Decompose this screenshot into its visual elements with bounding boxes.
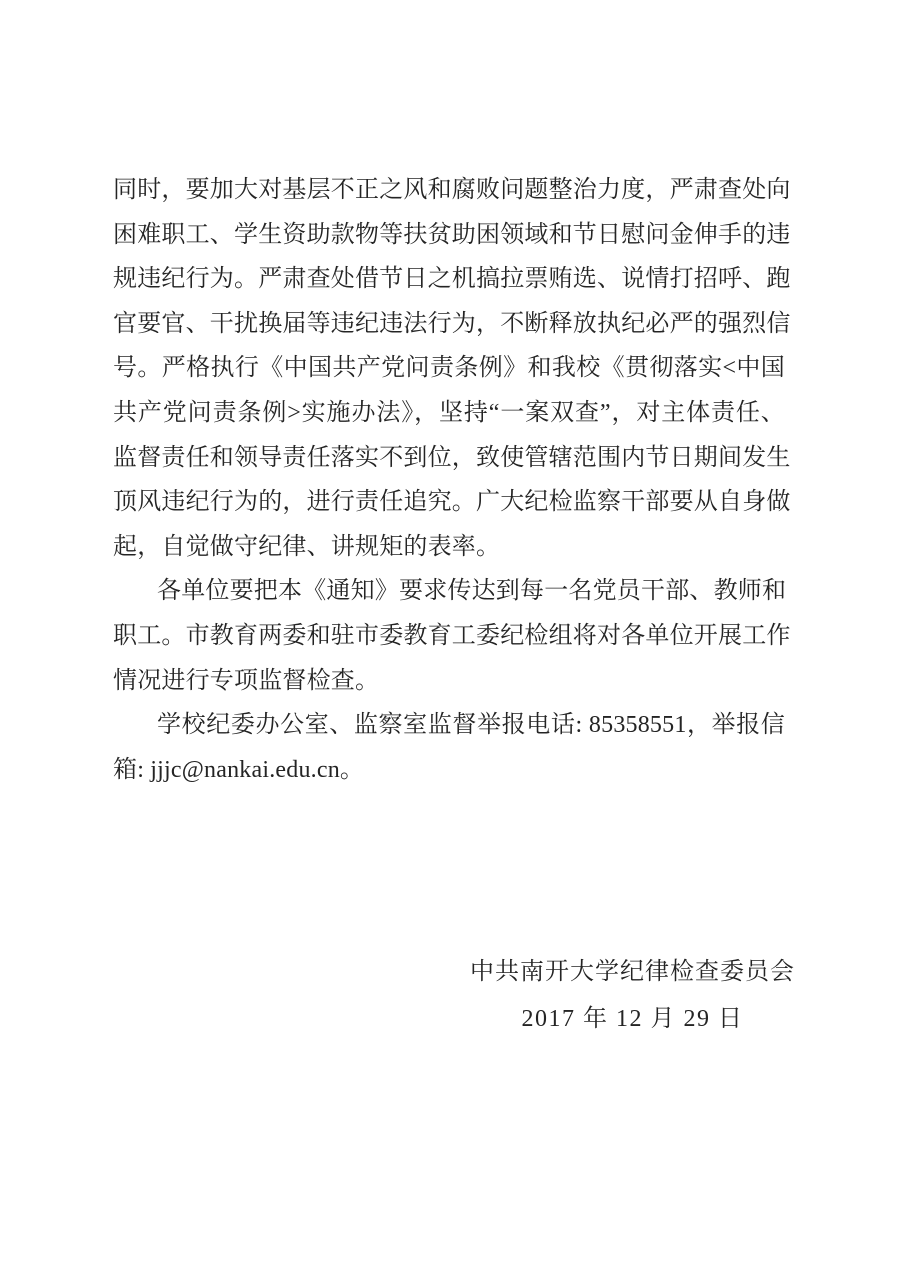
paragraph-line: 情况进行专项监督检查。 <box>113 659 785 704</box>
signature-block: 中共南开大学纪律检查委员会 2017 年 12 月 29 日 <box>470 956 795 1035</box>
paragraph-line: 同时，要加大对基层不正之风和腐败问题整治力度，严肃查处向 <box>113 168 785 213</box>
paragraph-line: 困难职工、学生资助款物等扶贫助困领域和节日慰问金伸手的违 <box>113 213 785 258</box>
paragraph-line: 共产党问责条例>实施办法》，坚持“一案双查”，对主体责任、 <box>113 391 785 436</box>
contact-email-line: 箱: jjjc@nankai.edu.cn。 <box>113 748 785 793</box>
paragraph-line: 职工。市教育两委和驻市委教育工委纪检组将对各单位开展工作 <box>113 614 785 659</box>
contact-phone-line: 学校纪委办公室、监察室监督举报电话: 85358551，举报信 <box>113 703 785 748</box>
signature-committee: 中共南开大学纪律检查委员会 <box>470 956 795 988</box>
paragraph-line: 监督责任和领导责任落实不到位，致使管辖范围内节日期间发生 <box>113 436 785 481</box>
body-text: 同时，要加大对基层不正之风和腐败问题整治力度，严肃查处向 困难职工、学生资助款物… <box>113 168 785 792</box>
paragraph-line: 官要官、干扰换届等违纪违法行为，不断释放执纪必严的强烈信 <box>113 302 785 347</box>
paragraph-line: 各单位要把本《通知》要求传达到每一名党员干部、教师和 <box>113 569 785 614</box>
paragraph-line: 规违纪行为。严肃查处借节日之机搞拉票贿选、说情打招呼、跑 <box>113 257 785 302</box>
paragraph-line: 顶风违纪行为的，进行责任追究。广大纪检监察干部要从自身做 <box>113 480 785 525</box>
document-page: 同时，要加大对基层不正之风和腐败问题整治力度，严肃查处向 困难职工、学生资助款物… <box>0 0 899 1272</box>
paragraph-line: 起，自觉做守纪律、讲规矩的表率。 <box>113 525 785 570</box>
signature-date: 2017 年 12 月 29 日 <box>470 1003 795 1035</box>
paragraph-line: 号。严格执行《中国共产党问责条例》和我校《贯彻落实<中国 <box>113 346 785 391</box>
